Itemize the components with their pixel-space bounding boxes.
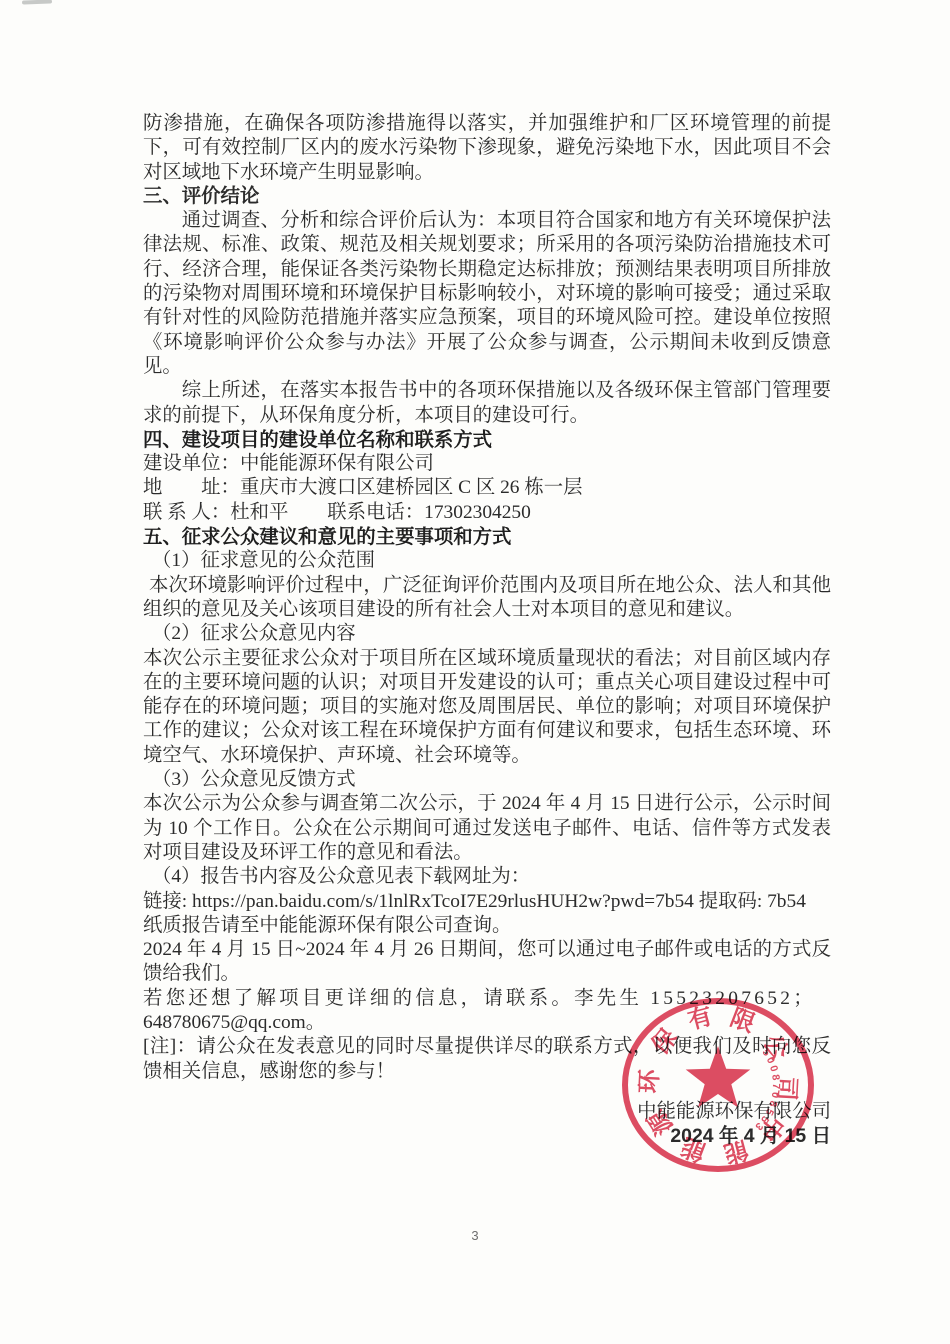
- scanned-document-page: 防渗措施，在确保各项防渗措施得以落实，并加强维护和厂区环境管理的前提下，可有效控…: [0, 0, 950, 1344]
- further-contact-line1: 若您还想了解项目更详细的信息，请联系。李先生 15523207652；: [143, 988, 816, 1009]
- scan-artifact: [22, 0, 52, 5]
- construction-unit-line: 建设单位：中能能源环保有限公司: [143, 452, 831, 476]
- item1-title: （1）征求意见的公众范围: [143, 549, 831, 573]
- groundwater-paragraph: 防渗措施，在确保各项防渗措施得以落实，并加强维护和厂区环境管理的前提下，可有效控…: [143, 112, 831, 185]
- feedback-period-line: 2024 年 4 月 15 日~2024 年 4 月 26 日期间，您可以通过电…: [143, 938, 831, 987]
- signature-company: 中能能源环保有限公司: [143, 1100, 831, 1124]
- download-link-line: 链接: https://pan.baidu.com/s/1lnlRxTcoI7E…: [143, 890, 831, 914]
- signature-date: 2024 年 4 月 15 日: [143, 1124, 831, 1148]
- item2-title: （2）征求公众意见内容: [143, 622, 831, 646]
- further-contact-line2: 648780675@qq.com。: [143, 1012, 325, 1033]
- section4-heading: 四、建设项目的建设单位名称和联系方式: [143, 428, 831, 452]
- item3-title: （3）公众意见反馈方式: [143, 768, 831, 792]
- document-body: 防渗措施，在确保各项防渗措施得以落实，并加强维护和厂区环境管理的前提下，可有效控…: [143, 112, 831, 1148]
- item1-body: 本次环境影响评价过程中，广泛征询评价范围内及项目所在地公众、法人和其他组织的意见…: [143, 574, 831, 623]
- address-line: 地 址：重庆市大渡口区建桥园区 C 区 26 栋一层: [143, 476, 831, 500]
- item4-title: （4）报告书内容及公众意见表下载网址为：: [143, 865, 831, 889]
- item3-body: 本次公示为公众参与调查第二次公示，于 2024 年 4 月 15 日进行公示，公…: [143, 792, 831, 865]
- section3-heading: 三、评价结论: [143, 185, 831, 209]
- item2-body: 本次公示主要征求公众对于项目所在区域环境质量现状的看法；对目前区域内存在的主要环…: [143, 647, 831, 768]
- signature-block: 中能能源环保有限公司 2024 年 4 月 15 日: [143, 1100, 831, 1149]
- paper-report-line: 纸质报告请至中能能源环保有限公司查询。: [143, 914, 831, 938]
- section3-paragraph-1: 通过调查、分析和综合评价后认为：本项目符合国家和地方有关环境保护法律法规、标准、…: [143, 209, 831, 379]
- section5-heading: 五、征求公众建议和意见的主要事项和方式: [143, 525, 831, 549]
- page-number: 3: [0, 1228, 950, 1243]
- further-contact-paragraph: 若您还想了解项目更详细的信息，请联系。李先生 15523207652；64878…: [143, 987, 831, 1036]
- contact-person-line: 联 系 人：杜和平 联系电话：17302304250: [143, 501, 831, 525]
- section3-paragraph-2: 综上所述，在落实本报告书中的各项环保措施以及各级环保主管部门管理要求的前提下，从…: [143, 379, 831, 428]
- note-paragraph: [注]：请公众在发表意见的同时尽量提供详尽的联系方式，以便我们及时向您反馈相关信…: [143, 1035, 831, 1084]
